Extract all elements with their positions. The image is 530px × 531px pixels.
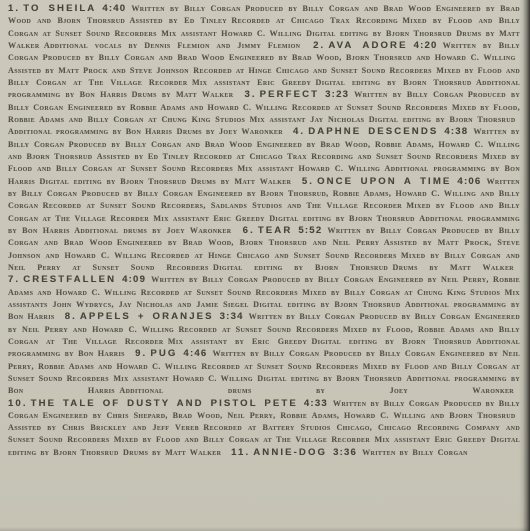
track-title-block: 2.AVA ADORE4:20 (313, 40, 437, 51)
track-duration: 4:40 (102, 3, 126, 14)
track-duration: 5:52 (298, 225, 322, 236)
track-title-block: 9.PUG4:46 (135, 348, 207, 359)
track-title: PUG (150, 348, 177, 359)
track-title: AVA ADORE (328, 40, 407, 51)
track-duration: 4:06 (457, 176, 481, 187)
track-duration: 4:38 (444, 126, 468, 137)
track-title: APPELS + ORANJES (80, 311, 214, 322)
track-title-block: 5.ONCE UPON A TIME4:06 (302, 176, 482, 187)
track-credits: Written by Billy Corgan (362, 448, 468, 457)
track-title: ANNIE-DOG (253, 447, 327, 458)
track-title-block: 3.PERFECT3:23 (244, 89, 349, 100)
track-entry: 11.ANNIE-DOG3:36Written by Billy Corgan (231, 448, 474, 457)
track-number: 11. (231, 447, 250, 458)
track-title-block: 11.ANNIE-DOG3:36 (231, 447, 357, 458)
track-title: THE TALE OF DUSTY AND PISTOL PETE (31, 398, 298, 409)
track-duration: 3:34 (220, 311, 244, 322)
track-title: TEAR (258, 225, 293, 236)
track-title-block: 7.CRESTFALLEN4:09 (8, 274, 146, 285)
track-title-block: 8.APPELS + ORANJES3:34 (65, 311, 244, 322)
track-number: 4. (293, 126, 305, 137)
track-number: 5. (302, 176, 314, 187)
track-number: 10. (8, 398, 28, 409)
track-duration: 4:33 (304, 398, 328, 409)
track-title-block: 4.DAPHNE DESCENDS4:38 (293, 126, 468, 137)
track-number: 9. (135, 348, 147, 359)
track-title-block: 1.TO SHEILA4:40 (8, 3, 126, 14)
track-title: PERFECT (260, 89, 319, 100)
track-title: CRESTFALLEN (23, 274, 116, 285)
track-title: ONCE UPON A TIME (317, 176, 451, 187)
track-duration: 4:09 (122, 274, 146, 285)
track-duration: 4:20 (414, 40, 438, 51)
track-title: DAPHNE DESCENDS (308, 126, 438, 137)
track-number: 3. (244, 89, 256, 100)
track-number: 2. (313, 40, 325, 51)
liner-notes-page: 1.TO SHEILA4:40Written by Billy Corgan P… (0, 0, 530, 531)
track-number: 7. (8, 274, 20, 285)
track-duration: 4:46 (183, 348, 207, 359)
scanned-page-bottom-edge-shadow (0, 527, 530, 531)
scanned-page-right-edge-shadow (519, 0, 530, 531)
track-title-block: 6.TEAR5:52 (243, 225, 323, 236)
track-number: 1. (8, 3, 20, 14)
track-duration: 3:23 (325, 89, 349, 100)
track-title-block: 10.THE TALE OF DUSTY AND PISTOL PETE4:33 (8, 398, 328, 409)
track-title: TO SHEILA (23, 3, 96, 14)
track-duration: 3:36 (333, 447, 357, 458)
track-number: 8. (65, 311, 77, 322)
track-number: 6. (243, 225, 255, 236)
